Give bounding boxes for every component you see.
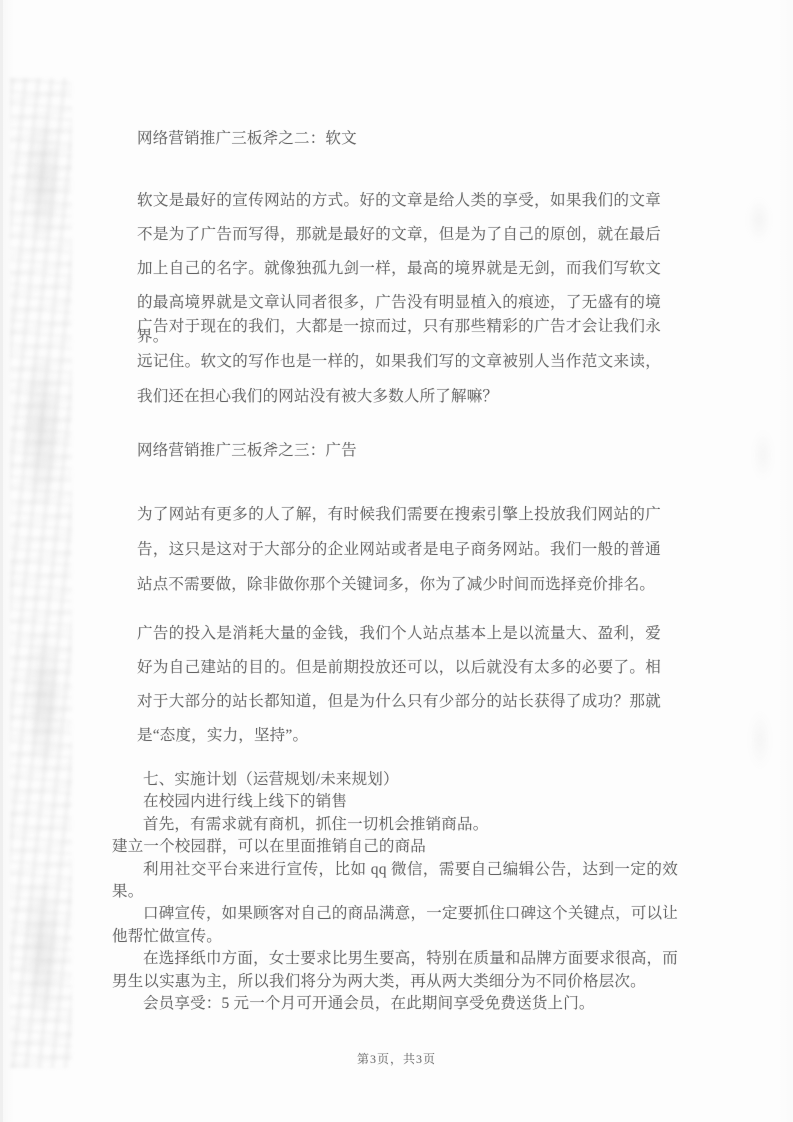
paragraph-ads-2: 广告的投入是消耗大量的金钱，我们个人站点基本上是以流量大、盈利，爱好为自己建站的… [137,617,661,753]
scan-noise-blob [18,90,68,270]
section-heading-softtext: 网络营销推广三板斧之二：软文 [137,126,357,148]
paragraph-softtext-2: 广告对于现在的我们，大都是一掠而过，只有那些精彩的广告才会让我们永远记住。软文的… [137,309,661,414]
plan-heading: 七、实施计划（运营规划/未来规划） [112,769,678,791]
plan-line: 在选择纸巾方面，女士要求比男生要高，特别在质量和品牌方面要求很高，而男生以实惠为… [112,948,678,993]
page-number-footer: 第3页，共3页 [0,1050,793,1067]
scan-noise-blob [744,700,776,780]
plan-line: 建立一个校园群，可以在里面推销自己的商品 [112,836,678,858]
scan-noise-blob [20,600,68,800]
plan-line: 口碑宣传，如果顾客对自己的商品满意，一定要抓住口碑这个关键点，可以让他帮忙做宣传… [112,903,678,948]
plan-line: 首先，有需求就有商机，抓住一切机会推销商品。 [112,814,678,836]
scanned-document-page: 网络营销推广三板斧之二：软文 软文是最好的宣传网站的方式。好的文章是给人类的享受… [0,0,793,1122]
scan-noise-blob [748,420,778,490]
scan-noise-blob [742,190,776,250]
page-edge-shadow [0,0,3,1122]
paragraph-ads-1: 为了网站有更多的人了解，有时候我们需要在搜索引擎上投放我们网站的广告，这只是这对… [137,497,661,602]
plan-line: 在校园内进行线上线下的销售 [112,791,678,813]
plan-line: 会员享受：5 元一个月可开通会员，在此期间享受免费送货上门。 [112,993,678,1015]
section-heading-ads: 网络营销推广三板斧之三：广告 [137,438,357,460]
scan-noise-blob [14,320,69,540]
plan-line: 利用社交平台来进行宣传，比如 qq 微信，需要自己编辑公告，达到一定的效果。 [112,859,678,904]
scan-noise-blob [16,850,68,1050]
implementation-plan-section: 七、实施计划（运营规划/未来规划） 在校园内进行线上线下的销售 首先，有需求就有… [112,769,678,1015]
